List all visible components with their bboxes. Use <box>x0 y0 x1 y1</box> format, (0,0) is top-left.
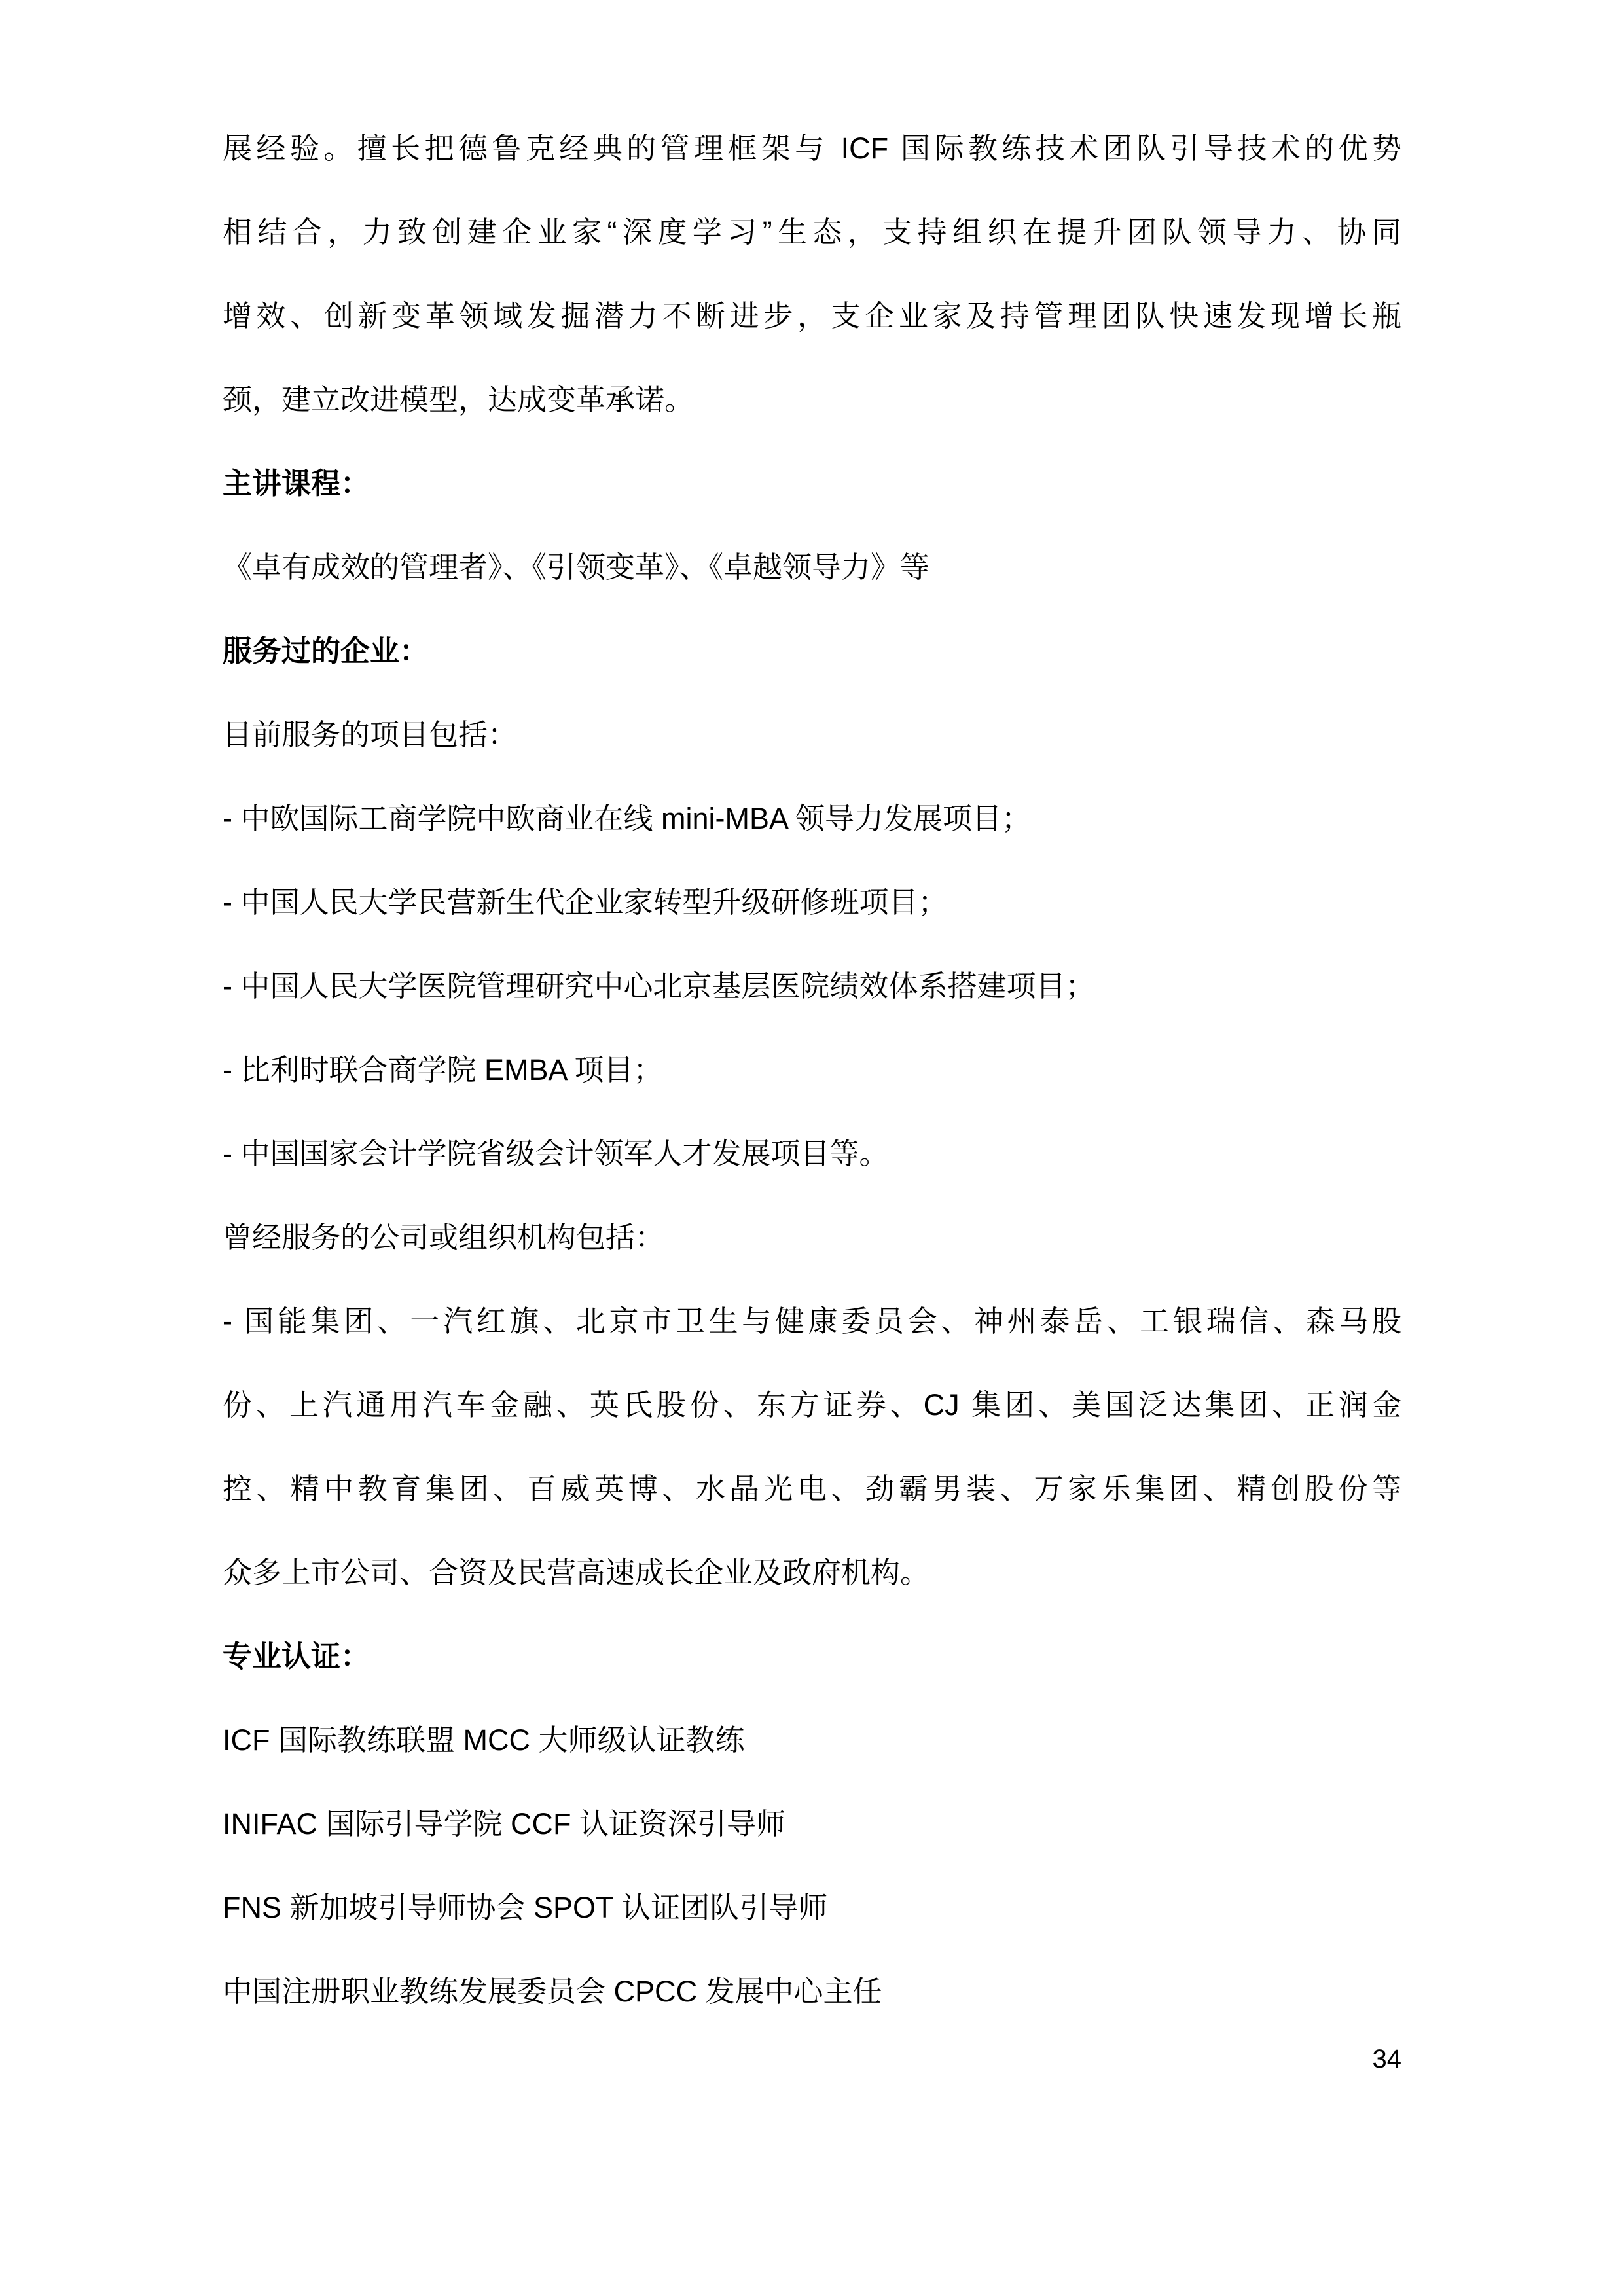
para-intro-line: 相结合，力致创建企业家“深度学习”生态，支持组织在提升团队领导力、协同 <box>223 190 1401 274</box>
company-list-line: 控、精中教育集团、百威英博、水晶光电、劲霸男装、万家乐集团、精创股份等 <box>223 1447 1401 1531</box>
certification-line: FNS 新加坡引导师协会 SPOT 认证团队引导师 <box>223 1866 1401 1950</box>
para-intro-line: 增效、创新变革领域发掘潜力不断进步，支企业家及持管理团队快速发现增长瓶 <box>223 274 1401 358</box>
certification-line: INIFAC 国际引导学院 CCF 认证资深引导师 <box>223 1782 1401 1866</box>
project-list-item: - 中国人民大学民营新生代企业家转型升级研修班项目； <box>223 861 1401 944</box>
project-list-item: - 中国人民大学医院管理研究中心北京基层医院绩效体系搭建项目； <box>223 944 1401 1028</box>
company-list-line: 众多上市公司、合资及民营高速成长企业及政府机构。 <box>223 1531 1401 1615</box>
heading-certifications: 专业认证： <box>223 1615 1401 1698</box>
para-intro-line: 颈，建立改进模型，达成变革承诺。 <box>223 358 1401 442</box>
company-list-line: 份、上汽通用汽车金融、英氏股份、东方证券、CJ 集团、美国泛达集团、正润金 <box>223 1363 1401 1447</box>
certification-line: ICF 国际教练联盟 MCC 大师级认证教练 <box>223 1698 1401 1782</box>
certification-line: 中国注册职业教练发展委员会 CPCC 发展中心主任 <box>223 1950 1401 2034</box>
para-intro-line: 展经验。擅长把德鲁克经典的管理框架与 ICF 国际教练技术团队引导技术的优势 <box>223 107 1401 190</box>
courses-list-line: 《卓有成效的管理者》、《引领变革》、《卓越领导力》等 <box>223 526 1401 609</box>
project-list-item: - 中国国家会计学院省级会计领军人才发展项目等。 <box>223 1112 1401 1196</box>
project-list-item: - 中欧国际工商学院中欧商业在线 mini-MBA 领导力发展项目； <box>223 777 1401 861</box>
company-list-line: - 国能集团、一汽红旗、北京市卫生与健康委员会、神州泰岳、工银瑞信、森马股 <box>223 1280 1401 1363</box>
page-footer: 34 <box>223 2043 1401 2075</box>
past-companies-intro: 曾经服务的公司或组织机构包括： <box>223 1196 1401 1280</box>
page-number: 34 <box>1373 2045 1402 2073</box>
document-page: 展经验。擅长把德鲁克经典的管理框架与 ICF 国际教练技术团队引导技术的优势 相… <box>0 0 1624 2296</box>
current-projects-intro: 目前服务的项目包括： <box>223 693 1401 777</box>
page-body-text: 展经验。擅长把德鲁克经典的管理框架与 ICF 国际教练技术团队引导技术的优势 相… <box>223 107 1401 2034</box>
heading-served-companies: 服务过的企业： <box>223 609 1401 693</box>
heading-main-courses: 主讲课程： <box>223 442 1401 526</box>
project-list-item: - 比利时联合商学院 EMBA 项目； <box>223 1028 1401 1112</box>
